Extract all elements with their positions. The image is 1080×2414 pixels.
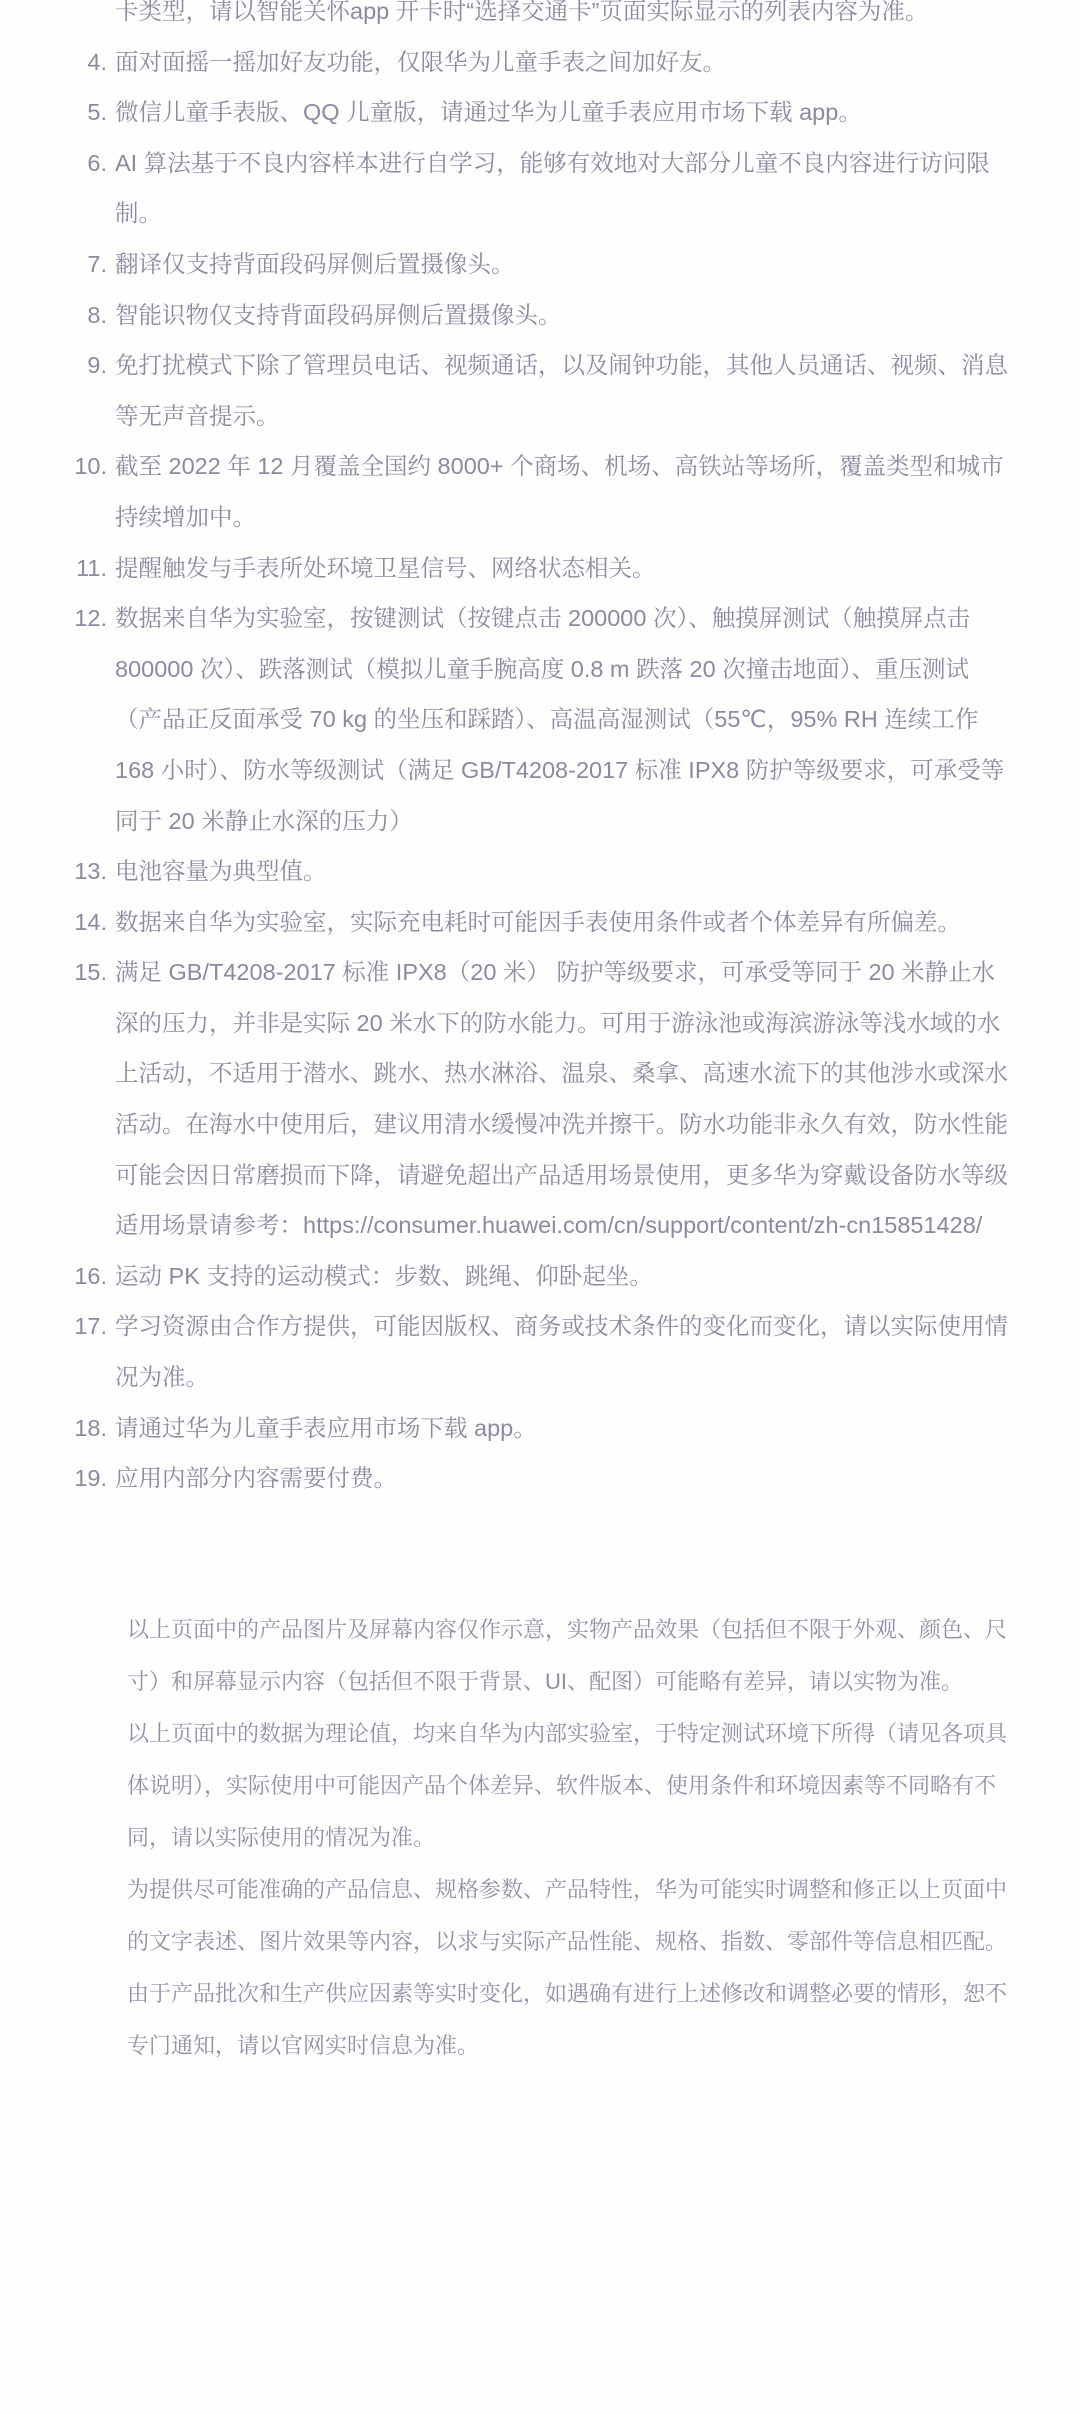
footnote-number: 16. (63, 1251, 107, 1302)
footnote-number: 11. (63, 543, 107, 594)
footnote-item: 4. 面对面摇一摇加好友功能，仅限华为儿童手表之间加好友。 (0, 37, 1080, 88)
footnote-item: 16. 运动 PK 支持的运动模式：步数、跳绳、仰卧起坐。 (0, 1251, 1080, 1302)
footnote-number: 4. (63, 37, 107, 88)
footnote-number: 10. (63, 441, 107, 492)
footnote-text: 数据来自华为实验室，按键测试（按键点击 200000 次）、触摸屏测试（触摸屏点… (115, 593, 1015, 846)
footnote-item: 13. 电池容量为典型值。 (0, 846, 1080, 897)
footnote-text: 应用内部分内容需要付费。 (115, 1453, 1015, 1504)
footnote-number: 7. (63, 239, 107, 290)
footnote-number: 6. (63, 138, 107, 189)
footnote-text: 免打扰模式下除了管理员电话、视频通话，以及闹钟功能，其他人员通话、视频、消息等无… (115, 340, 1015, 441)
footnote-number: 5. (63, 87, 107, 138)
footnote-number: 12. (63, 593, 107, 644)
footnote-number: 8. (63, 290, 107, 341)
footnote-text: AI 算法基于不良内容样本进行自学习，能够有效地对大部分儿童不良内容进行访问限制… (115, 138, 1015, 239)
footnote-text: 运动 PK 支持的运动模式：步数、跳绳、仰卧起坐。 (115, 1251, 1015, 1302)
footnote-number: 14. (63, 897, 107, 948)
footnote-item: 19. 应用内部分内容需要付费。 (0, 1453, 1080, 1504)
footnote-item: 7. 翻译仅支持背面段码屏侧后置摄像头。 (0, 239, 1080, 290)
footnote-item: 9. 免打扰模式下除了管理员电话、视频通话，以及闹钟功能，其他人员通话、视频、消… (0, 340, 1080, 441)
footnote-partial-line: 卡类型，请以智能关怀app 开卡时“选择交通卡”页面实际显示的列表内容为准。 (115, 0, 1015, 37)
footnote-number: 15. (63, 947, 107, 998)
disclaimer-paragraph: 以上页面中的产品图片及屏幕内容仅作示意，实物产品效果（包括但不限于外观、颜色、尺… (127, 1604, 1011, 1708)
disclaimer-paragraph: 以上页面中的数据为理论值，均来自华为内部实验室，于特定测试环境下所得（请见各项具… (127, 1708, 1011, 1864)
footnote-number: 17. (63, 1301, 107, 1352)
footnote-item: 10. 截至 2022 年 12 月覆盖全国约 8000+ 个商场、机场、高铁站… (0, 441, 1080, 542)
footnote-item: 11. 提醒触发与手表所处环境卫星信号、网络状态相关。 (0, 543, 1080, 594)
footnote-number: 9. (63, 340, 107, 391)
footnote-item: 17. 学习资源由合作方提供，可能因版权、商务或技术条件的变化而变化，请以实际使… (0, 1301, 1080, 1402)
footnote-item: 18. 请通过华为儿童手表应用市场下载 app。 (0, 1403, 1080, 1454)
footnote-text: 学习资源由合作方提供，可能因版权、商务或技术条件的变化而变化，请以实际使用情况为… (115, 1301, 1015, 1402)
footnote-text: 数据来自华为实验室，实际充电耗时可能因手表使用条件或者个体差异有所偏差。 (115, 897, 1015, 948)
footnotes-list: 4. 面对面摇一摇加好友功能，仅限华为儿童手表之间加好友。 5. 微信儿童手表版… (0, 37, 1080, 1504)
footnote-text: 面对面摇一摇加好友功能，仅限华为儿童手表之间加好友。 (115, 37, 1015, 88)
footnote-text: 微信儿童手表版、QQ 儿童版，请通过华为儿童手表应用市场下载 app。 (115, 87, 1015, 138)
footnote-item: 14. 数据来自华为实验室，实际充电耗时可能因手表使用条件或者个体差异有所偏差。 (0, 897, 1080, 948)
footnote-number: 13. (63, 846, 107, 897)
disclaimer-block: 以上页面中的产品图片及屏幕内容仅作示意，实物产品效果（包括但不限于外观、颜色、尺… (127, 1604, 1011, 2072)
footnote-number: 19. (63, 1453, 107, 1504)
disclaimer-paragraph: 为提供尽可能准确的产品信息、规格参数、产品特性，华为可能实时调整和修正以上页面中… (127, 1864, 1011, 2072)
footnote-item: 15. 满足 GB/T4208-2017 标准 IPX8（20 米） 防护等级要… (0, 947, 1080, 1251)
footnote-item: 8. 智能识物仅支持背面段码屏侧后置摄像头。 (0, 290, 1080, 341)
footnotes-section: 卡类型，请以智能关怀app 开卡时“选择交通卡”页面实际显示的列表内容为准。 4… (0, 0, 1080, 1504)
footnote-text: 截至 2022 年 12 月覆盖全国约 8000+ 个商场、机场、高铁站等场所，… (115, 441, 1015, 542)
footnote-number: 18. (63, 1403, 107, 1454)
footnote-item: 12. 数据来自华为实验室，按键测试（按键点击 200000 次）、触摸屏测试（… (0, 593, 1080, 846)
footnote-text: 翻译仅支持背面段码屏侧后置摄像头。 (115, 239, 1015, 290)
footnote-text: 电池容量为典型值。 (115, 846, 1015, 897)
footnote-item: 5. 微信儿童手表版、QQ 儿童版，请通过华为儿童手表应用市场下载 app。 (0, 87, 1080, 138)
footnote-text: 满足 GB/T4208-2017 标准 IPX8（20 米） 防护等级要求，可承… (115, 947, 1015, 1251)
footnote-text: 智能识物仅支持背面段码屏侧后置摄像头。 (115, 290, 1015, 341)
footnote-text: 提醒触发与手表所处环境卫星信号、网络状态相关。 (115, 543, 1015, 594)
footnote-item: 6. AI 算法基于不良内容样本进行自学习，能够有效地对大部分儿童不良内容进行访… (0, 138, 1080, 239)
footnote-text: 请通过华为儿童手表应用市场下载 app。 (115, 1403, 1015, 1454)
